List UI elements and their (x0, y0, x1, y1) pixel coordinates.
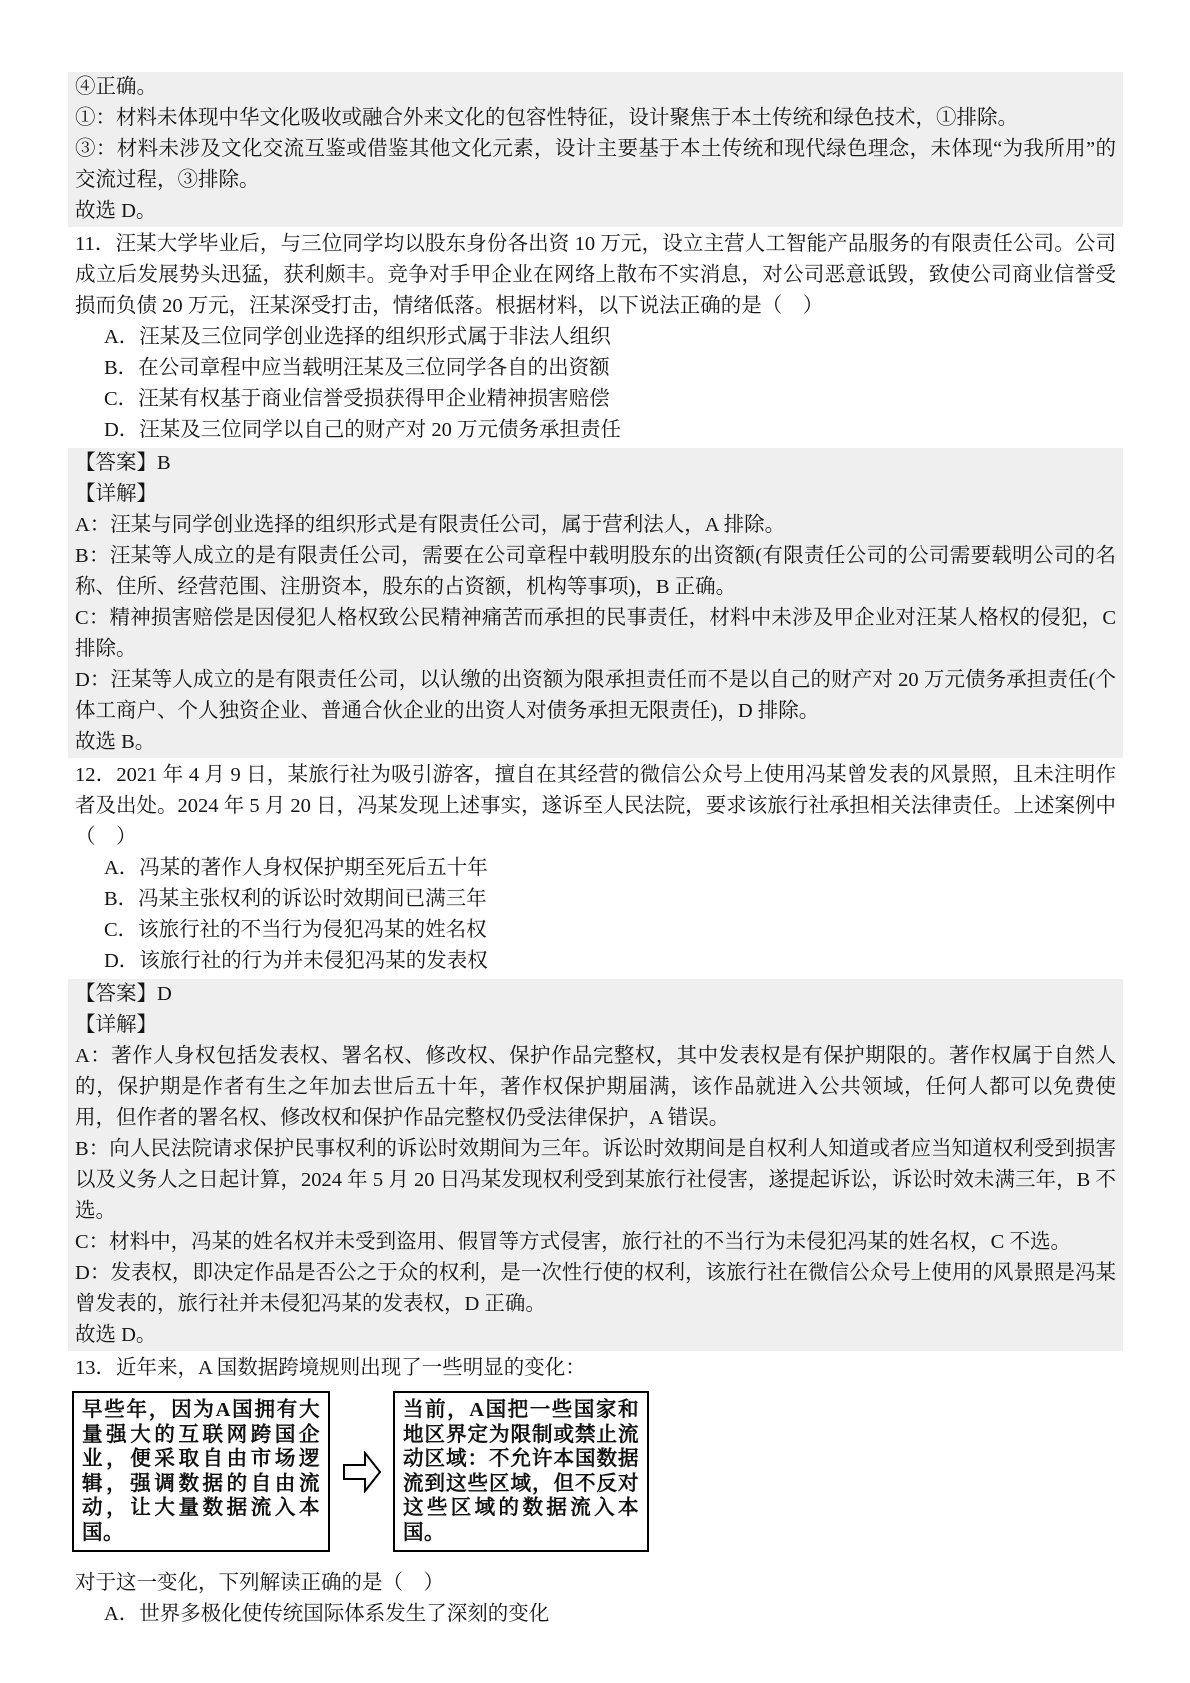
option-a: A．冯某的著作人身权保护期至死后五十年 (68, 853, 1123, 884)
analysis-line: B：向人民法院请求保护民事权利的诉讼时效期间为三年。诉讼时效期间是自权利人知道或… (68, 1134, 1123, 1227)
answer-block-q12: 【答案】D 【详解】 A：著作人身权包括发表权、署名权、修改权、保护作品完整权，… (68, 979, 1123, 1351)
question-13: 13．近年来，A 国数据跨境规则出现了一些明显的变化： 早些年，因为A国拥有大量… (68, 1353, 1123, 1630)
option-d: D．汪某及三位同学以自己的财产对 20 万元债务承担责任 (68, 415, 1123, 446)
analysis-line: A：著作人身权包括发表权、署名权、修改权、保护作品完整权，其中发表权是有保护期限… (68, 1041, 1123, 1134)
analysis-line: B：汪某等人成立的是有限责任公司，需要在公司章程中载明股东的出资额(有限责任公司… (68, 541, 1123, 603)
conclusion-line: 故选 D。 (68, 196, 1123, 227)
option-a: A．汪某及三位同学创业选择的组织形式属于非法人组织 (68, 322, 1123, 353)
question-11: 11．汪某大学毕业后，与三位同学均以股东身份各出资 10 万元，设立主营人工智能… (68, 229, 1123, 446)
analysis-line: C：材料中，冯某的姓名权并未受到盗用、假冒等方式侵害，旅行社的不当行为未侵犯冯某… (68, 1227, 1123, 1258)
question-stem: 13．近年来，A 国数据跨境规则出现了一些明显的变化： (68, 1353, 1123, 1384)
answer-block-previous: ④正确。 ①：材料未体现中华文化吸收或融合外来文化的包容性特征，设计聚焦于本土传… (68, 72, 1123, 227)
conclusion-line: 故选 D。 (68, 1320, 1123, 1351)
analysis-line: D：汪某等人成立的是有限责任公司，以认缴的出资额为限承担责任而不是以自己的财产对… (68, 665, 1123, 727)
analysis-line: ③：材料未涉及文化交流互鉴或借鉴其他文化元素，设计主要基于本土传统和现代绿色理念… (68, 134, 1123, 196)
analysis-line: ①：材料未体现中华文化吸收或融合外来文化的包容性特征，设计聚焦于本土传统和绿色技… (68, 103, 1123, 134)
diagram-box-before: 早些年，因为A国拥有大量强大的互联网跨国企业，便采取自由市场逻辑，强调数据的自由… (72, 1391, 330, 1552)
option-b: B．在公司章程中应当载明汪某及三位同学各自的出资额 (68, 353, 1123, 384)
analysis-line: A：汪某与同学创业选择的组织形式是有限责任公司，属于营利法人，A 排除。 (68, 510, 1123, 541)
answer-label: 【答案】D (68, 979, 1123, 1010)
change-arrow-icon (343, 1451, 381, 1493)
conclusion-line: 故选 B。 (68, 727, 1123, 758)
option-a: A．世界多极化使传统国际体系发生了深刻的变化 (68, 1599, 1123, 1630)
option-b: B．冯某主张权利的诉讼时效期间已满三年 (68, 884, 1123, 915)
detail-label: 【详解】 (68, 1010, 1123, 1041)
detail-label: 【详解】 (68, 479, 1123, 510)
document-page: ④正确。 ①：材料未体现中华文化吸收或融合外来文化的包容性特征，设计聚焦于本土传… (68, 72, 1123, 1630)
analysis-line: C：精神损害赔偿是因侵犯人格权致公民精神痛苦而承担的民事责任，材料中未涉及甲企业… (68, 603, 1123, 665)
answer-block-q11: 【答案】B 【详解】 A：汪某与同学创业选择的组织形式是有限责任公司，属于营利法… (68, 448, 1123, 758)
question-stem: 11．汪某大学毕业后，与三位同学均以股东身份各出资 10 万元，设立主营人工智能… (68, 229, 1123, 322)
question-prompt: 对于这一变化，下列解读正确的是（ ） (68, 1568, 1123, 1599)
option-c: C．汪某有权基于商业信誉受损获得甲企业精神损害赔偿 (68, 384, 1123, 415)
question-12: 12．2021 年 4 月 9 日，某旅行社为吸引游客，擅自在其经营的微信公众号… (68, 760, 1123, 977)
analysis-line: D：发表权，即决定作品是否公之于众的权利，是一次性行使的权利，该旅行社在微信公众… (68, 1258, 1123, 1320)
option-d: D．该旅行社的行为并未侵犯冯某的发表权 (68, 946, 1123, 977)
diagram-box-after: 当前，A国把一些国家和地区界定为限制或禁止流动区域：不允许本国数据流到这些区域，… (393, 1391, 649, 1552)
question-stem: 12．2021 年 4 月 9 日，某旅行社为吸引游客，擅自在其经营的微信公众号… (68, 760, 1123, 853)
data-rules-change-diagram: 早些年，因为A国拥有大量强大的互联网跨国企业，便采取自由市场逻辑，强调数据的自由… (72, 1391, 1123, 1552)
option-c: C．该旅行社的不当行为侵犯冯某的姓名权 (68, 915, 1123, 946)
analysis-line: ④正确。 (68, 72, 1123, 103)
answer-label: 【答案】B (68, 448, 1123, 479)
